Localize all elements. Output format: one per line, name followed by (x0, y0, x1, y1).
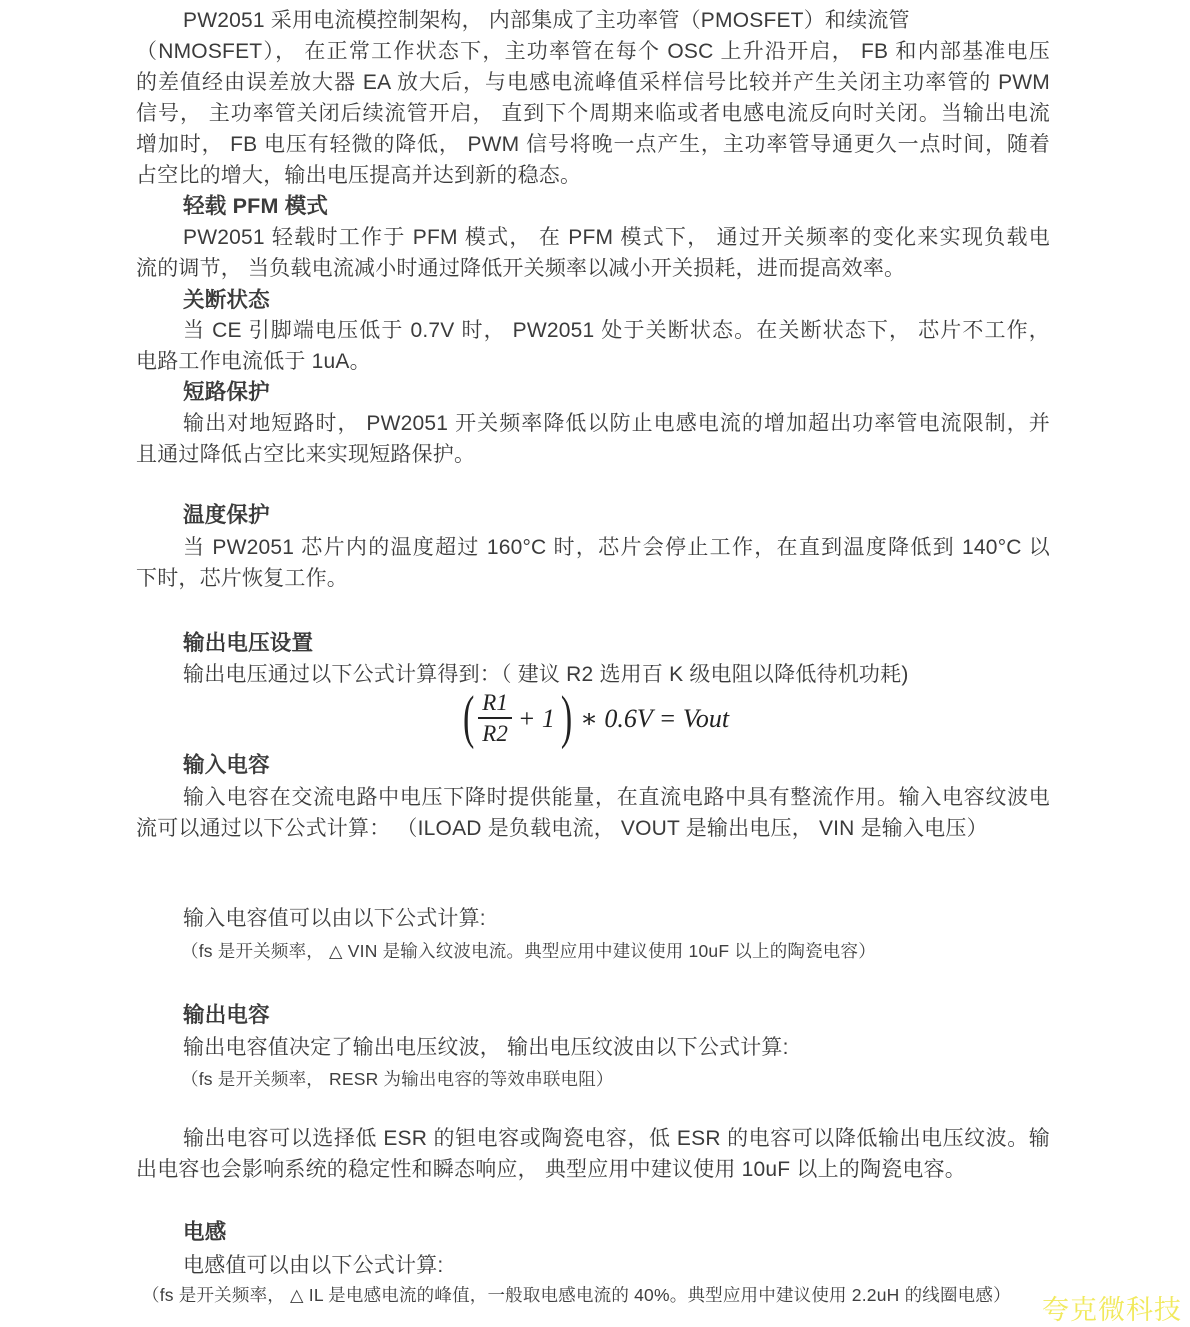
paragraph-output-capacitor-selection: 输出电容可以选择低 ESR 的钽电容或陶瓷电容，低 ESR 的电容可以降低输出电… (136, 1123, 1050, 1185)
text-line: （NMOSFET）， 在正常工作状态下，主功率管在每个 OSC 上升沿开启， F… (136, 36, 1050, 67)
formula-output-voltage: ( R1 R2 + 1 ) ∗ 0.6V = Vout (0, 690, 1190, 748)
paragraph-pfm-mode: PW2051 轻载时工作于 PFM 模式， 在 PFM 模式下， 通过开关频率的… (136, 222, 1050, 284)
formula-open-paren: ( (461, 686, 476, 753)
text-line: 输出电容值决定了输出电压纹波， 输出电压纹波由以下公式计算: (136, 1032, 1050, 1063)
paragraph-input-capacitor: 输入电容在交流电路中电压下降时提供能量，在直流电路中具有整流作用。输入电容纹波电… (136, 782, 1050, 844)
text-line: 输入电容在交流电路中电压下降时提供能量，在直流电路中具有整流作用。输入电容纹波电 (136, 782, 1050, 813)
text-line: 当 CE 引脚端电压低于 0.7V 时， PW2051 处于关断状态。在关断状态… (136, 315, 1050, 346)
text-line: 当 PW2051 芯片内的温度超过 160°C 时，芯片会停止工作，在直到温度降… (136, 532, 1050, 563)
note-inductor: （fs 是开关频率， △ IL 是电感电流的峰值，一般取电感电流的 40%。典型… (136, 1282, 1176, 1308)
text-line: 流可以通过以下公式计算： （ILOAD 是负载电流， VOUT 是输出电压， V… (136, 813, 1050, 844)
line-output-capacitor-intro: 输出电容值决定了输出电压纹波， 输出电压纹波由以下公式计算: (136, 1032, 1050, 1063)
text-line: 的差值经由误差放大器 EA 放大后，与电感电流峰值采样信号比较并产生关闭主功率管… (136, 67, 1050, 98)
text-line: 输出电压通过以下公式计算得到：（ 建议 R2 选用百 K 级电阻以降低待机功耗) (136, 659, 1050, 690)
paragraph-short-circuit-protection: 输出对地短路时， PW2051 开关频率降低以防止电感电流的增加超出功率管电流限… (136, 408, 1050, 470)
paragraph-current-mode-architecture: PW2051 采用电流模控制架构， 内部集成了主功率管（PMOSFET）和续流管… (136, 5, 1050, 191)
text-line: 占空比的增大，输出电压提高并达到新的稳态。 (136, 160, 1050, 191)
line-input-capacitor-formula-intro: 输入电容值可以由以下公式计算: (136, 903, 1050, 934)
formula-numerator: R1 (478, 690, 512, 719)
text-line: 输入电容值可以由以下公式计算: (136, 903, 1050, 934)
heading-output-voltage-setting: 输出电压设置 (136, 628, 1050, 659)
note-input-capacitor: （fs 是开关频率， △ VIN 是输入纹波电流。典型应用中建议使用 10uF … (136, 938, 1050, 964)
text-line: 输出电容可以选择低 ESR 的钽电容或陶瓷电容，低 ESR 的电容可以降低输出电… (136, 1123, 1050, 1154)
text-line: 电路工作电流低于 1uA。 (136, 346, 1050, 377)
text-line: 且通过降低占空比来实现短路保护。 (136, 439, 1050, 470)
watermark-text: 夸克微科技 (1042, 1288, 1182, 1327)
formula-denominator: R2 (482, 719, 508, 748)
paragraph-output-voltage-setting: 输出电压通过以下公式计算得到：（ 建议 R2 选用百 K 级电阻以降低待机功耗) (136, 659, 1050, 690)
heading-light-load-pfm-mode: 轻载 PFM 模式 (136, 191, 1050, 222)
text-line: 出电容也会影响系统的稳定性和瞬态响应， 典型应用中建议使用 10uF 以上的陶瓷… (136, 1154, 1050, 1185)
heading-short-circuit-protection: 短路保护 (136, 377, 1050, 408)
heading-shutdown-state: 关断状态 (136, 285, 1050, 316)
paragraph-thermal-protection: 当 PW2051 芯片内的温度超过 160°C 时，芯片会停止工作，在直到温度降… (136, 532, 1050, 594)
heading-input-capacitor: 输入电容 (136, 750, 1050, 781)
formula-rhs: ∗ 0.6V = Vout (574, 704, 729, 734)
heading-thermal-protection: 温度保护 (136, 500, 1050, 531)
text-line: PW2051 采用电流模控制架构， 内部集成了主功率管（PMOSFET）和续流管 (136, 5, 1050, 36)
text-line: 增加时， FB 电压有轻微的降低， PWM 信号将晚一点产生，主功率管导通更久一… (136, 129, 1050, 160)
line-inductor-intro: 电感值可以由以下公式计算: (136, 1250, 1050, 1281)
heading-output-capacitor: 输出电容 (136, 1000, 1050, 1031)
text-line: 输出对地短路时， PW2051 开关频率降低以防止电感电流的增加超出功率管电流限… (136, 408, 1050, 439)
text-line: PW2051 轻载时工作于 PFM 模式， 在 PFM 模式下， 通过开关频率的… (136, 222, 1050, 253)
datasheet-page: PW2051 采用电流模控制架构， 内部集成了主功率管（PMOSFET）和续流管… (0, 0, 1190, 1327)
heading-inductor: 电感 (136, 1217, 1050, 1248)
text-line: 下时，芯片恢复工作。 (136, 563, 1050, 594)
formula-fraction: R1 R2 (478, 690, 512, 748)
text-line: 电感值可以由以下公式计算: (136, 1250, 1050, 1281)
formula-plus-term: + 1 (514, 704, 559, 734)
text-line: 流的调节， 当负载电流减小时通过降低开关频率以减小开关损耗，进而提高效率。 (136, 253, 1050, 284)
formula-close-paren: ) (559, 686, 574, 753)
note-output-capacitor: （fs 是开关频率， RESR 为输出电容的等效串联电阻） (136, 1066, 1050, 1092)
paragraph-shutdown-state: 当 CE 引脚端电压低于 0.7V 时， PW2051 处于关断状态。在关断状态… (136, 315, 1050, 377)
text-line: 信号， 主功率管关闭后续流管开启， 直到下个周期来临或者电感电流反向时关闭。当输… (136, 98, 1050, 129)
